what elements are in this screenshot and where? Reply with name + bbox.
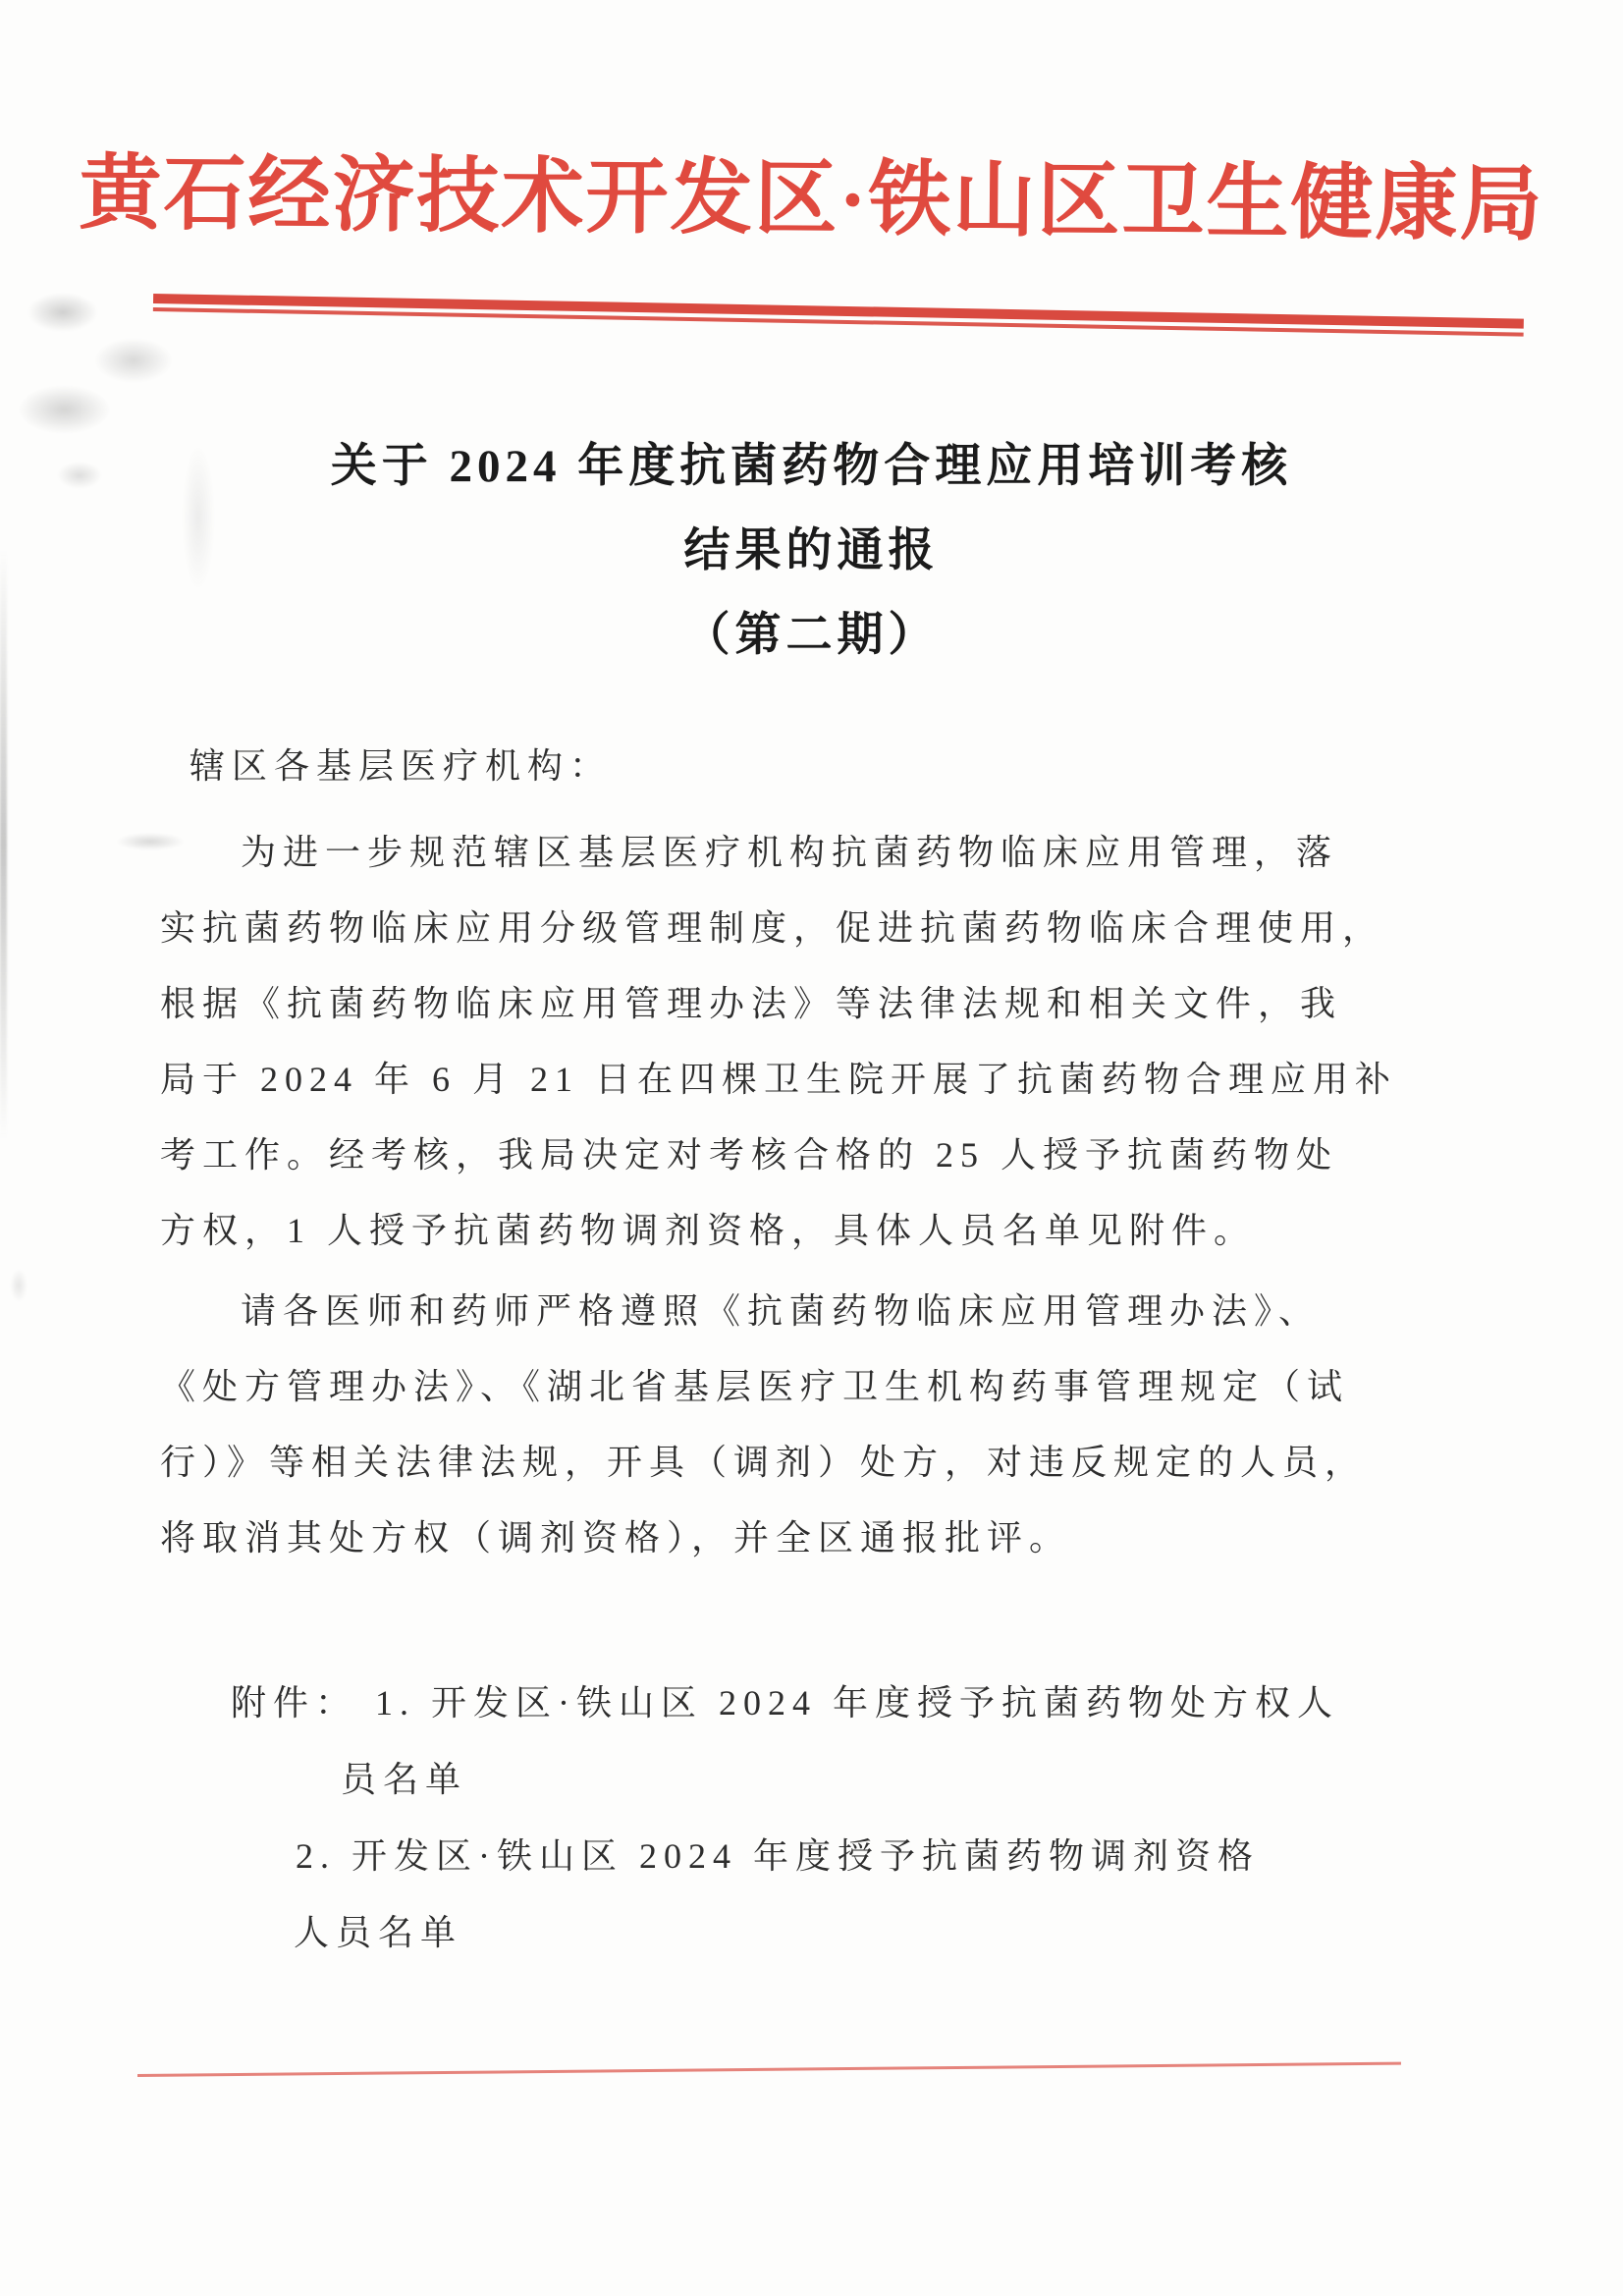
scan-smudge [182,444,215,591]
paragraph-1-line-1: 为进一步规范辖区基层医疗机构抗菌药物临床应用管理，落 [160,815,1486,891]
attachments-label: 附件： [231,1683,357,1722]
scan-smudge [57,462,102,489]
paragraph-2: 请各医师和药师严格遵照《抗菌药物临床应用管理办法》、 《处方管理办法》、《湖北省… [160,1274,1486,1576]
paragraph-1-line-6: 方权，1 人授予抗菌药物调剂资格，具体人员名单见附件。 [160,1193,1486,1269]
salutation: 辖区各基层医疗机构： [189,729,1486,804]
scan-edge-streak [0,550,7,1139]
title-line-3: （第二期） [0,593,1623,678]
attachment-item-2: 2. 开发区·铁山区 2024 年度授予抗菌药物调剂资格 [296,1818,1339,1894]
attachment-item-1-continued: 员名单 [341,1741,1339,1818]
paragraph-2-line-1: 请各医师和药师严格遵照《抗菌药物临床应用管理办法》、 [160,1274,1486,1349]
red-divider-line [153,294,1524,337]
scan-smudge [27,293,98,332]
attachments-first-line: 附件：1. 开发区·铁山区 2024 年度授予抗菌药物处方权人 [231,1665,1339,1741]
scan-smudge [116,833,185,850]
paragraph-2-line-4: 将取消其处方权（调剂资格），并全区通报批评。 [160,1501,1486,1576]
footer-divider-line [137,2062,1401,2077]
document-page: 黄石经济技术开发区·铁山区卫生健康局 关于 2024 年度抗菌药物合理应用培训考… [0,0,1623,2296]
title-line-1: 关于 2024 年度抗菌药物合理应用培训考核 [0,424,1623,509]
attachment-item-2-continued: 人员名单 [294,1894,1339,1971]
title-line-2: 结果的通报 [0,509,1623,593]
document-body: 辖区各基层医疗机构： 为进一步规范辖区基层医疗机构抗菌药物临床应用管理，落 实抗… [160,729,1486,1576]
paragraph-1-line-2: 实抗菌药物临床应用分级管理制度，促进抗菌药物临床合理使用， [160,891,1486,966]
document-title: 关于 2024 年度抗菌药物合理应用培训考核 结果的通报 （第二期） [0,424,1623,678]
paragraph-1: 为进一步规范辖区基层医疗机构抗菌药物临床应用管理，落 实抗菌药物临床应用分级管理… [160,815,1486,1269]
paragraph-1-line-5: 考工作。经考核，我局决定对考核合格的 25 人授予抗菌药物处 [160,1118,1486,1193]
attachments-section: 附件：1. 开发区·铁山区 2024 年度授予抗菌药物处方权人 员名单 2. 开… [231,1665,1339,1971]
masthead-org-name: 黄石经济技术开发区·铁山区卫生健康局 [0,149,1623,252]
scan-smudge [94,338,173,383]
paragraph-1-line-4: 局于 2024 年 6 月 21 日在四棵卫生院开展了抗菌药物合理应用补 [160,1042,1486,1118]
paragraph-2-line-2: 《处方管理办法》、《湖北省基层医疗卫生机构药事管理规定（试 [160,1349,1486,1425]
attachment-item-1: 1. 开发区·铁山区 2024 年度授予抗菌药物处方权人 [375,1683,1339,1722]
scan-smudge [10,1269,27,1302]
paragraph-1-line-3: 根据《抗菌药物临床应用管理办法》等法律法规和相关文件，我 [160,966,1486,1042]
scan-smudge [18,385,111,434]
paragraph-2-line-3: 行）》等相关法律法规，开具（调剂）处方，对违反规定的人员， [160,1425,1486,1501]
